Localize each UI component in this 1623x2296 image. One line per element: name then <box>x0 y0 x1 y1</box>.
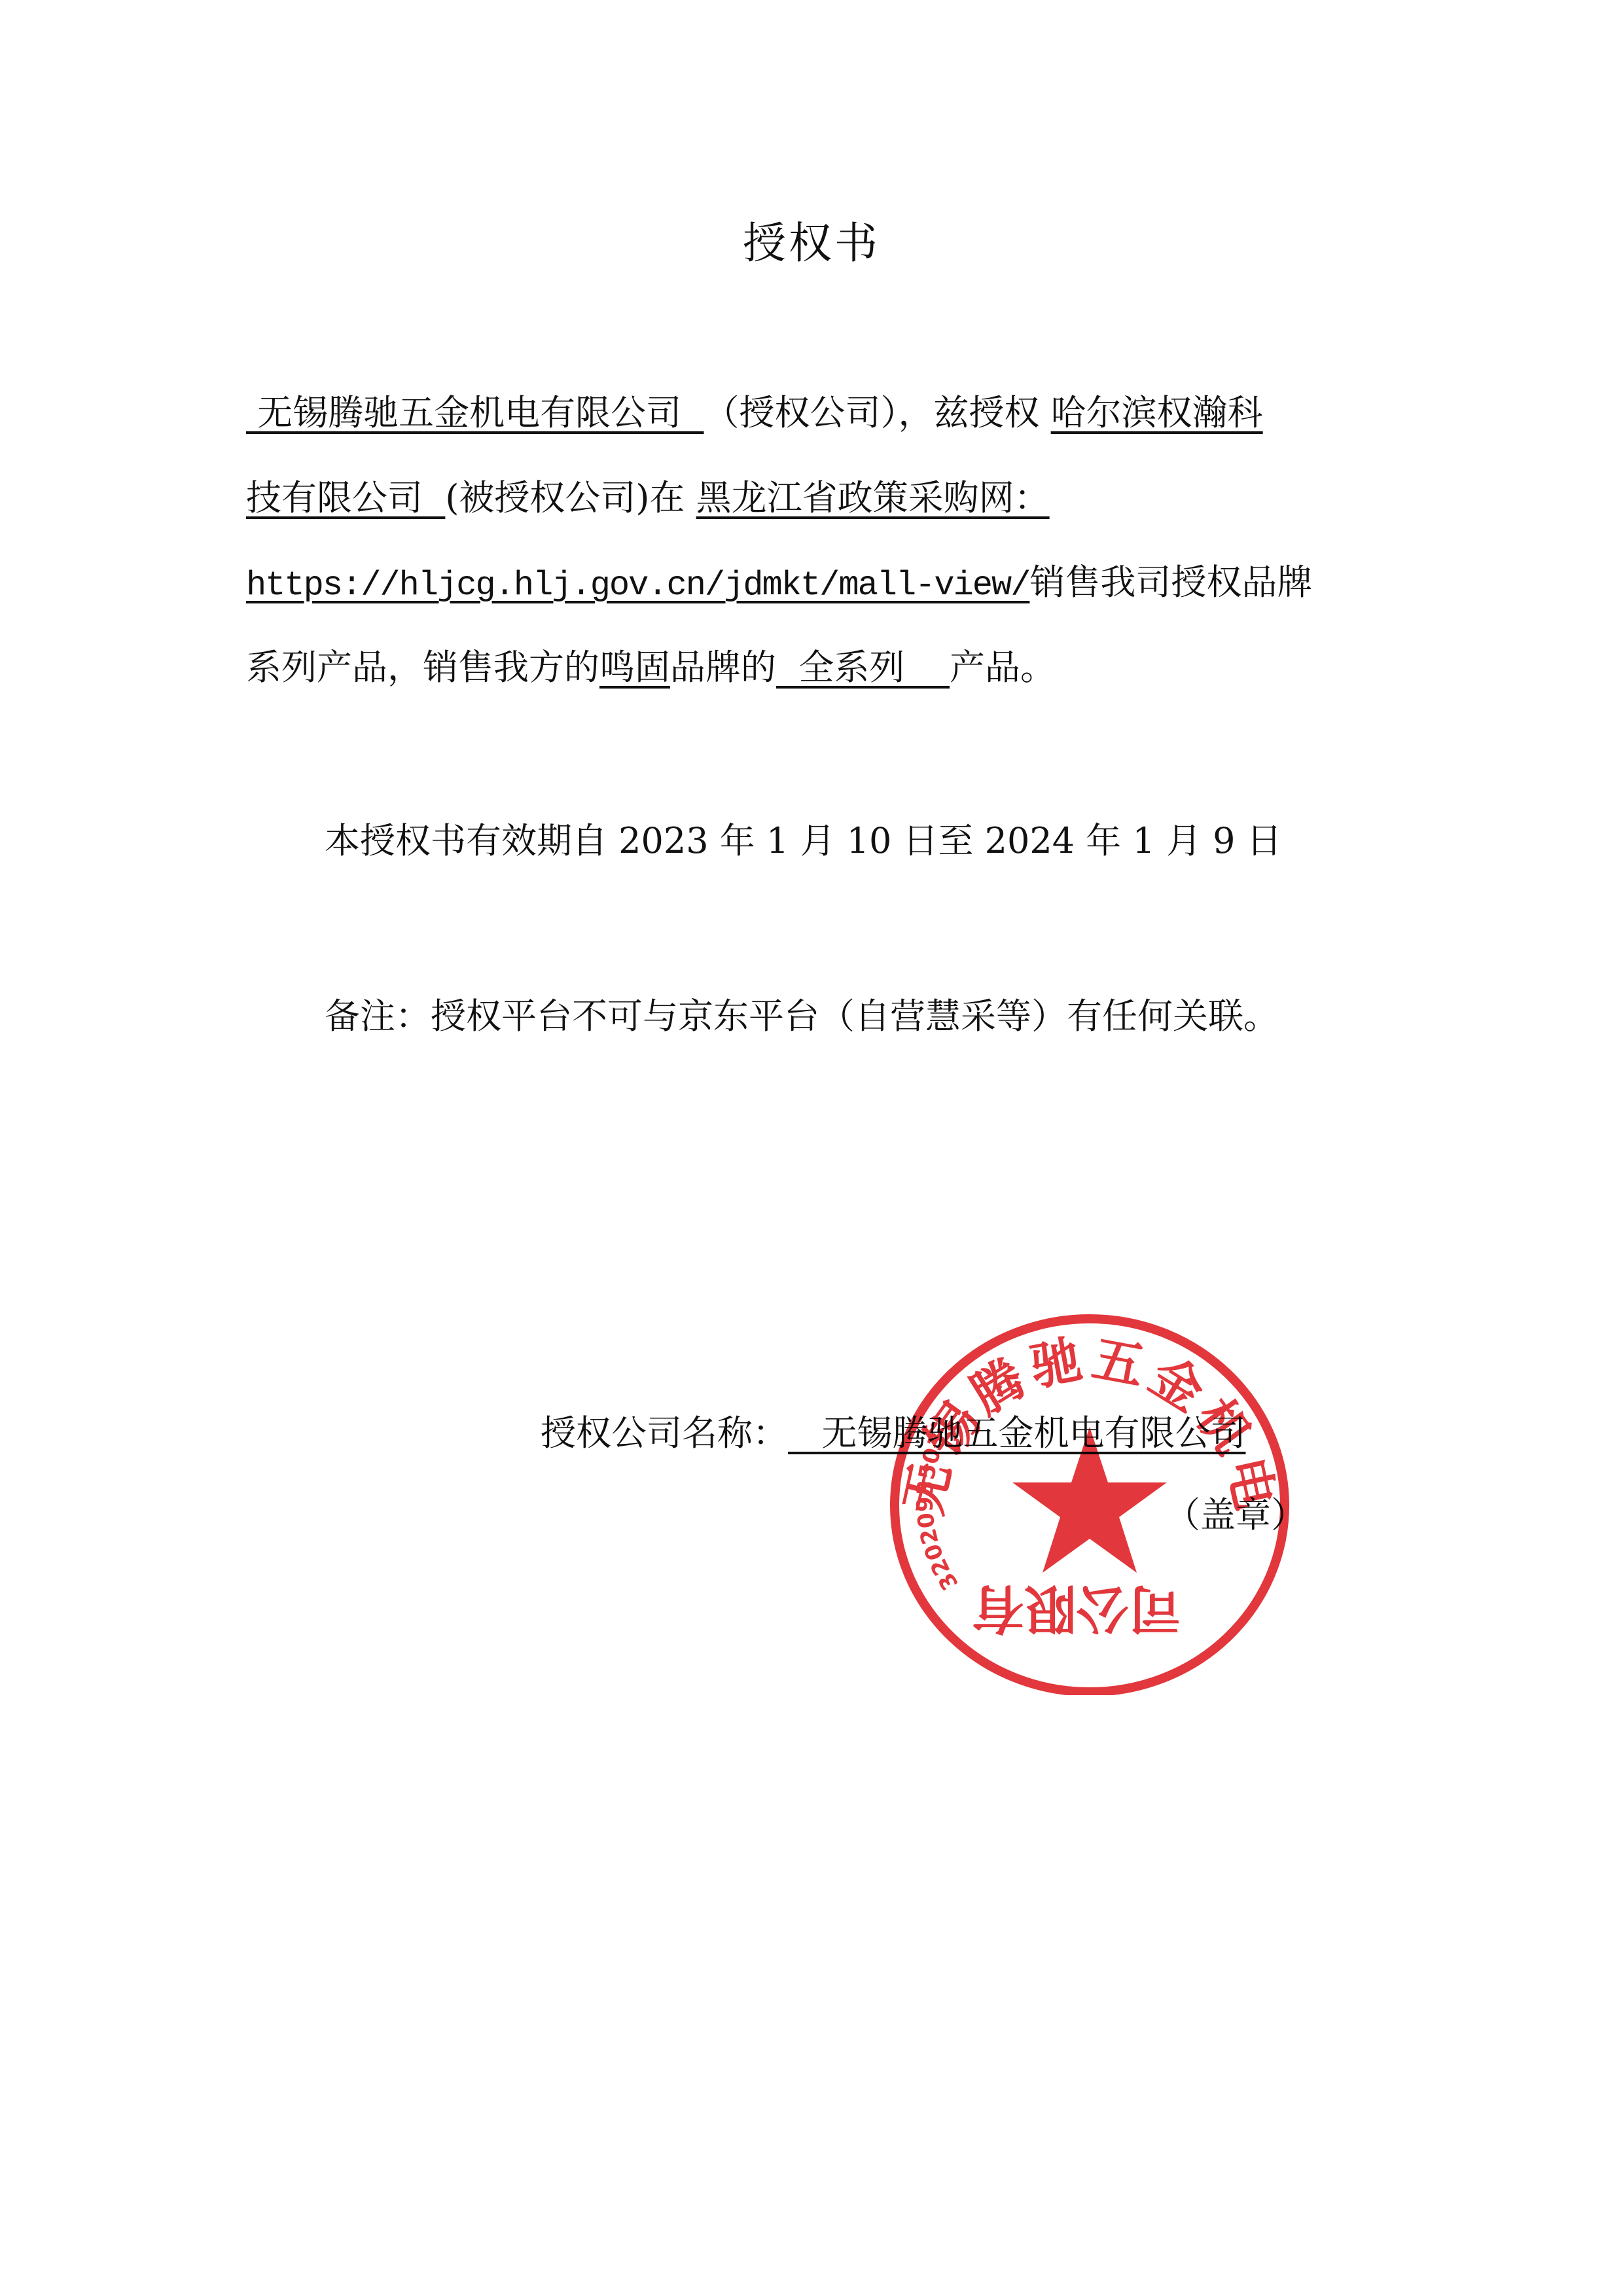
document-title: 授权书 <box>0 208 1623 270</box>
signature-label: 授权公司名称： <box>541 1412 788 1454</box>
text-end: 产品。 <box>950 647 1056 688</box>
paragraph-line-3: https://hljcg.hlj.gov.cn/jdmkt/mall-view… <box>246 560 1312 609</box>
authorized-company-part1: 哈尔滨权瀚科 <box>1051 392 1263 433</box>
text-after-url: 销售我司授权品牌 <box>1029 562 1312 603</box>
paragraph-line-4: 系列产品，销售我方的鸣固品牌的 全系列 产品。 <box>246 645 1056 691</box>
brand-name: 鸣固 <box>599 647 670 688</box>
paragraph-line-2: 技有限公司 (被授权公司)在 黑龙江省政策采购网： <box>246 475 1050 521</box>
paragraph-line-1: 无锡腾驰五金机电有限公司 （授权公司），兹授权 哈尔滨权瀚科 <box>246 390 1263 436</box>
text-line4-start: 系列产品，销售我方的 <box>246 647 599 688</box>
authorized-role: (被授权公司)在 <box>445 477 696 518</box>
authorized-company-part2: 技有限公司 <box>246 477 445 518</box>
validity-period: 本授权书有效期自 2023 年 1 月 10 日至 2024 年 1 月 9 日 <box>325 818 1282 864</box>
product-scope: 全系列 <box>776 647 950 688</box>
platform-name: 黑龙江省政策采购网： <box>696 477 1050 518</box>
company-seal-stamp: 无锡腾驰五金机电 司公限有 3202093503 <box>880 1302 1299 1695</box>
platform-url-link[interactable]: https://hljcg.hlj.gov.cn/jdmkt/mall-view… <box>246 566 1029 605</box>
remark: 备注：授权平台不可与京东平台（自营慧采等）有任何关联。 <box>325 994 1279 1039</box>
authorizer-role: （授权公司），兹授权 <box>704 392 1051 433</box>
brand-suffix: 品牌的 <box>670 647 776 688</box>
star-icon <box>1012 1427 1167 1573</box>
authorizer-company: 无锡腾驰五金机电有限公司 <box>246 392 704 433</box>
svg-text:司公限有: 司公限有 <box>972 1578 1181 1639</box>
